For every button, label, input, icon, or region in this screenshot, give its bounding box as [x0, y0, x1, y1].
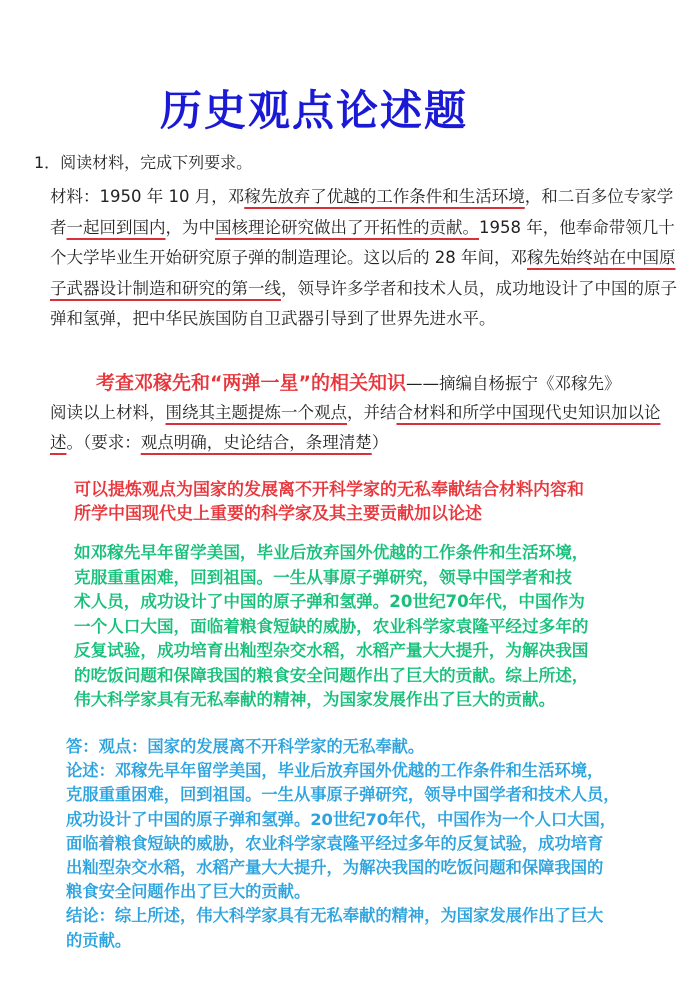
example-line: 如邓稼先早年留学美国，毕业后放弃国外优越的工作条件和生活环境，: [74, 541, 684, 566]
requirement-paragraph: 阅读以上材料，围绕其主题提炼一个观点，并结合材料和所学中国现代史知识加以论述。（…: [50, 398, 680, 458]
material-paragraph: 材料：1950 年 10 月，邓稼先放弃了优越的工作条件和生活环境，和二百多位专…: [50, 182, 680, 335]
knowledge-highlight: 考查邓稼先和“两弹一星”的相关知识: [96, 372, 406, 394]
hint-block: 可以提炼观点为国家的发展离不开科学家的无私奉献结合材料内容和 所学中国现代史上重…: [74, 478, 684, 526]
hint-line: 所学中国现代史上重要的科学家及其主要贡献加以论述: [74, 502, 684, 526]
question-heading: 1．阅读材料，完成下列要求。: [34, 150, 252, 173]
answer-line: 克服重重困难，回到祖国。一生从事原子弹研究，领导中国学者和技术人员，: [66, 783, 691, 807]
example-line: 术人员，成功设计了中国的原子弹和氢弹。20世纪70年代，中国作为: [74, 590, 684, 615]
underlined-text: 一起回到国内: [67, 218, 166, 237]
example-block: 如邓稼先早年留学美国，毕业后放弃国外优越的工作条件和生活环境， 克服重重困难，回…: [74, 541, 684, 713]
answer-block: 答：观点：国家的发展离不开科学家的无私奉献。 论述：邓稼先早年留学美国，毕业后放…: [66, 735, 691, 953]
answer-line: 成功设计了中国的原子弹和氢弹。20世纪70年代，中国作为一个人口大国，: [66, 808, 691, 832]
hint-line: 可以提炼观点为国家的发展离不开科学家的无私奉献结合材料内容和: [74, 478, 684, 502]
underlined-text: 观点明确，史论结合，条理清楚: [141, 433, 372, 452]
answer-line: 论述：邓稼先早年留学美国，毕业后放弃国外优越的工作条件和生活环境，: [66, 759, 691, 783]
requirement-text: 。（要求：: [67, 433, 141, 452]
answer-line: 出籼型杂交水稻，水稻产量大大提升，为解决我国的吃饭问题和保障我国的: [66, 856, 691, 880]
answer-line: 面临着粮食短缺的威胁，农业科学家袁隆平经过多年的反复试验，成功培育: [66, 832, 691, 856]
material-text: ，为中: [166, 218, 216, 237]
source-citation: ——摘编自杨振宁《邓稼先》: [406, 374, 621, 393]
requirement-text: ，并结: [347, 403, 397, 422]
example-line: 的吃饭问题和保障我国的粮食安全问题作出了巨大的贡献。综上所述，: [74, 664, 684, 689]
answer-line: 的贡献。: [66, 929, 691, 953]
answer-line: 结论：综上所述，伟大科学家具有无私奉献的精神，为国家发展作出了巨大: [66, 904, 691, 928]
answer-line: 粮食安全问题作出了巨大的贡献。: [66, 880, 691, 904]
example-line: 反复试验，成功培育出籼型杂交水稻，水稻产量大大提升，为解决我国: [74, 639, 684, 664]
material-text: 材料：1950 年 10 月，邓: [50, 187, 244, 206]
requirement-text: ）: [372, 433, 389, 452]
example-line: 克服重重困难，回到祖国。一生从事原子弹研究，领导中国学者和技: [74, 566, 684, 591]
page-title: 历史观点论述题: [160, 78, 468, 138]
example-line: 伟大科学家具有无私奉献的精神，为国家发展作出了巨大的贡献。: [74, 688, 684, 713]
source-line: 考查邓稼先和“两弹一星”的相关知识——摘编自杨振宁《邓稼先》: [50, 368, 680, 395]
underlined-text: 围绕其主题提炼一个观点: [166, 403, 348, 422]
underlined-text: 稼先放弃了优越的工作条件和生活环境: [244, 187, 525, 206]
underlined-text: 国核理论研究做出了开拓性的贡献。: [215, 218, 479, 237]
answer-line: 答：观点：国家的发展离不开科学家的无私奉献。: [66, 735, 691, 759]
example-line: 一个人口大国，面临着粮食短缺的威胁，农业科学家袁隆平经过多年的: [74, 615, 684, 640]
requirement-text: 阅读以上材料，: [50, 403, 166, 422]
